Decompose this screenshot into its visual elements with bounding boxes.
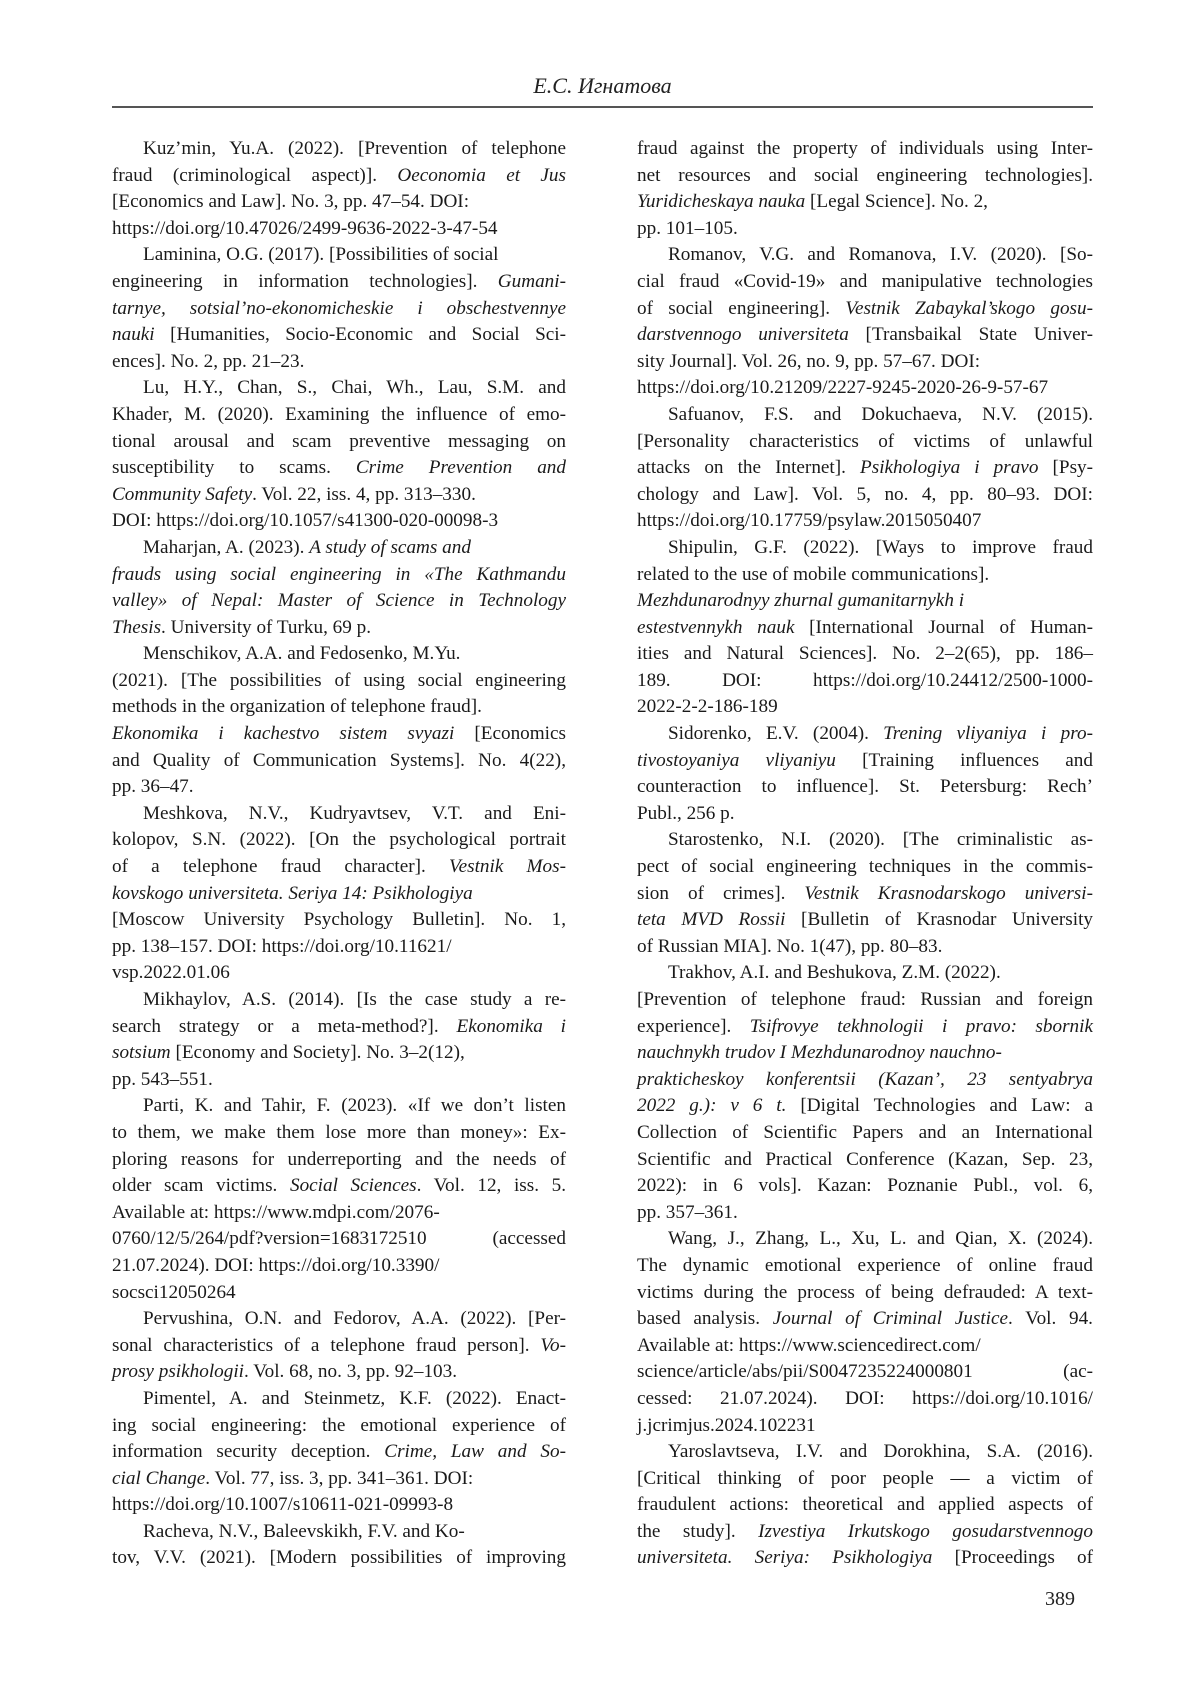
reference-entry-start: Mikhaylov, A.S. (2014). [Is the case stu… — [112, 987, 566, 1014]
reference-line: ing social engineering: the emotional ex… — [112, 1413, 566, 1440]
reference-line: sotsium [Economy and Society]. No. 3–2(1… — [112, 1040, 566, 1067]
reference-line: https://doi.org/10.47026/2499-9636-2022-… — [112, 216, 566, 243]
reference-line: science/article/abs/pii/S004723522400080… — [637, 1359, 1093, 1386]
reference-line: fraudulent actions: theoretical and appl… — [637, 1492, 1093, 1519]
reference-line: and Quality of Communication Systems]. N… — [112, 748, 566, 775]
reference-line: tov, V.V. (2021). [Modern possibilities … — [112, 1545, 566, 1572]
reference-line: [Personality characteristics of victims … — [637, 429, 1093, 456]
reference-entry-start: Kuz’min, Yu.A. (2022). [Prevention of te… — [112, 136, 566, 163]
reference-line: net resources and social engineering tec… — [637, 163, 1093, 190]
reference-line: Available at: https://www.sciencedirect.… — [637, 1333, 1093, 1360]
reference-entry-start: Menschikov, A.A. and Fedosenko, M.Yu. — [112, 641, 566, 668]
reference-line: pp. 357–361. — [637, 1200, 1093, 1227]
reference-line: ploring reasons for underreporting and t… — [112, 1147, 566, 1174]
reference-entry-start: Starostenko, N.I. (2020). [The criminali… — [637, 827, 1093, 854]
reference-line: socsci12050264 — [112, 1280, 566, 1307]
reference-line: information security deception. Crime, L… — [112, 1439, 566, 1466]
reference-line: prosy psikhologii. Vol. 68, no. 3, pp. 9… — [112, 1359, 566, 1386]
reference-entry-start: Pervushina, O.N. and Fedorov, A.A. (2022… — [112, 1306, 566, 1333]
reference-entry-start: Parti, K. and Tahir, F. (2023). «If we d… — [112, 1093, 566, 1120]
reference-line: estestvennykh nauk [International Journa… — [637, 615, 1093, 642]
reference-line: prakticheskoy konferentsii (Kazan’, 23 s… — [637, 1067, 1093, 1094]
references-right-column: fraud against the property of individual… — [637, 136, 1093, 1572]
reference-line: attacks on the Internet]. Psikhologiya i… — [637, 455, 1093, 482]
reference-line: nauchnykh trudov I Mezhdunarodnoy nauchn… — [637, 1040, 1093, 1067]
reference-line: j.jcrimjus.2024.102231 — [637, 1413, 1093, 1440]
reference-line: sion of crimes]. Vestnik Krasnodarskogo … — [637, 881, 1093, 908]
reference-line: Mezhdunarodnyy zhurnal gumanitarnykh i — [637, 588, 1093, 615]
references-left-column: Kuz’min, Yu.A. (2022). [Prevention of te… — [112, 136, 566, 1572]
reference-entry-start: Wang, J., Zhang, L., Xu, L. and Qian, X.… — [637, 1226, 1093, 1253]
reference-line: 2022 g.): v 6 t. [Digital Technologies a… — [637, 1093, 1093, 1120]
reference-line: kolopov, S.N. (2022). [On the psychologi… — [112, 827, 566, 854]
reference-line: https://doi.org/10.1007/s10611-021-09993… — [112, 1492, 566, 1519]
reference-line: the study]. Izvestiya Irkutskogo gosudar… — [637, 1519, 1093, 1546]
reference-line: Community Safety. Vol. 22, iss. 4, pp. 3… — [112, 482, 566, 509]
reference-line: vsp.2022.01.06 — [112, 960, 566, 987]
reference-line: pp. 543–551. — [112, 1067, 566, 1094]
reference-line: susceptibility to scams. Crime Preventio… — [112, 455, 566, 482]
reference-line: https://doi.org/10.17759/psylaw.20150504… — [637, 508, 1093, 535]
reference-line: search strategy or a meta-method?]. Ekon… — [112, 1014, 566, 1041]
reference-line: experience]. Tsifrovye tekhnologii i pra… — [637, 1014, 1093, 1041]
reference-line: [Critical thinking of poor people — a vi… — [637, 1466, 1093, 1493]
reference-entry-start: Shipulin, G.F. (2022). [Ways to improve … — [637, 535, 1093, 562]
reference-entry-start: Meshkova, N.V., Kudryavtsev, V.T. and En… — [112, 801, 566, 828]
reference-line: universiteta. Seriya: Psikhologiya [Proc… — [637, 1545, 1093, 1572]
reference-line: (2021). [The possibilities of using soci… — [112, 668, 566, 695]
reference-line: of social engineering]. Vestnik Zabaykal… — [637, 296, 1093, 323]
reference-line: to them, we make them lose more than mon… — [112, 1120, 566, 1147]
reference-line: engineering in information technologies]… — [112, 269, 566, 296]
reference-entry-start: Safuanov, F.S. and Dokuchaeva, N.V. (201… — [637, 402, 1093, 429]
reference-line: Publ., 256 p. — [637, 801, 1093, 828]
reference-line: cial Change. Vol. 77, iss. 3, pp. 341–36… — [112, 1466, 566, 1493]
reference-line: fraud (criminological aspect)]. Oeconomi… — [112, 163, 566, 190]
reference-line: Available at: https://www.mdpi.com/2076- — [112, 1200, 566, 1227]
reference-line: sity Journal]. Vol. 26, no. 9, pp. 57–67… — [637, 349, 1093, 376]
reference-line: [Economics and Law]. No. 3, pp. 47–54. D… — [112, 189, 566, 216]
reference-line: fraud against the property of individual… — [637, 136, 1093, 163]
reference-entry-start: Maharjan, A. (2023). A study of scams an… — [112, 535, 566, 562]
reference-line: Yuridicheskaya nauka [Legal Science]. No… — [637, 189, 1093, 216]
reference-line: tarnye, sotsial’no-ekonomicheskie i obsc… — [112, 296, 566, 323]
reference-line: of Russian MIA]. No. 1(47), pp. 80–83. — [637, 934, 1093, 961]
reference-line: pp. 138–157. DOI: https://doi.org/10.116… — [112, 934, 566, 961]
reference-line: DOI: https://doi.org/10.1057/s41300-020-… — [112, 508, 566, 535]
reference-entry-start: Racheva, N.V., Baleevskikh, F.V. and Ko- — [112, 1519, 566, 1546]
running-head: Е.С. Игнатова — [112, 72, 1093, 100]
reference-line: 21.07.2024). DOI: https://doi.org/10.339… — [112, 1253, 566, 1280]
reference-line: cial fraud «Covid-19» and manipulative t… — [637, 269, 1093, 296]
reference-line: pp. 36–47. — [112, 774, 566, 801]
reference-entry-start: Sidorenko, E.V. (2004). Trening vliyaniy… — [637, 721, 1093, 748]
reference-line: The dynamic emotional experience of onli… — [637, 1253, 1093, 1280]
reference-entry-start: Yaroslavtseva, I.V. and Dorokhina, S.A. … — [637, 1439, 1093, 1466]
reference-line: tional arousal and scam preventive messa… — [112, 429, 566, 456]
reference-line: darstvennogo universiteta [Transbaikal S… — [637, 322, 1093, 349]
reference-line: ities and Natural Sciences]. No. 2–2(65)… — [637, 641, 1093, 668]
reference-line: older scam victims. Social Sciences. Vol… — [112, 1173, 566, 1200]
reference-line: related to the use of mobile communicati… — [637, 562, 1093, 589]
reference-line: Scientific and Practical Conference (Kaz… — [637, 1147, 1093, 1174]
reference-entry-start: Laminina, O.G. (2017). [Possibilities of… — [112, 242, 566, 269]
reference-line: Khader, M. (2020). Examining the influen… — [112, 402, 566, 429]
reference-line: cessed: 21.07.2024). DOI: https://doi.or… — [637, 1386, 1093, 1413]
reference-entry-start: Pimentel, A. and Steinmetz, K.F. (2022).… — [112, 1386, 566, 1413]
reference-line: of a telephone fraud character]. Vestnik… — [112, 854, 566, 881]
reference-line: https://doi.org/10.21209/2227-9245-2020-… — [637, 375, 1093, 402]
reference-line: ences]. No. 2, pp. 21–23. — [112, 349, 566, 376]
reference-line: [Prevention of telephone fraud: Russian … — [637, 987, 1093, 1014]
reference-line: frauds using social engineering in «The … — [112, 562, 566, 589]
reference-line: methods in the organization of telephone… — [112, 694, 566, 721]
reference-line: 2022): in 6 vols]. Kazan: Poznanie Publ.… — [637, 1173, 1093, 1200]
reference-line: chology and Law]. Vol. 5, no. 4, pp. 80–… — [637, 482, 1093, 509]
reference-line: tivostoyaniya vliyaniyu [Training influe… — [637, 748, 1093, 775]
reference-line: valley» of Nepal: Master of Science in T… — [112, 588, 566, 615]
reference-entry-start: Romanov, V.G. and Romanova, I.V. (2020).… — [637, 242, 1093, 269]
reference-line: nauki [Humanities, Socio-Economic and So… — [112, 322, 566, 349]
reference-line: counteraction to influence]. St. Petersb… — [637, 774, 1093, 801]
reference-line: teta MVD Rossii [Bulletin of Krasnodar U… — [637, 907, 1093, 934]
reference-line: 189. DOI: https://doi.org/10.24412/2500-… — [637, 668, 1093, 695]
reference-line: Ekonomika i kachestvo sistem svyazi [Eco… — [112, 721, 566, 748]
reference-line: pp. 101–105. — [637, 216, 1093, 243]
reference-line: victims during the process of being defr… — [637, 1280, 1093, 1307]
reference-line: 2022-2-2-186-189 — [637, 694, 1093, 721]
reference-line: sonal characteristics of a telephone fra… — [112, 1333, 566, 1360]
reference-line: Collection of Scientific Papers and an I… — [637, 1120, 1093, 1147]
reference-entry-start: Lu, H.Y., Chan, S., Chai, Wh., Lau, S.M.… — [112, 375, 566, 402]
reference-line: pect of social engineering techniques in… — [637, 854, 1093, 881]
reference-line: based analysis. Journal of Criminal Just… — [637, 1306, 1093, 1333]
reference-line: kovskogo universiteta. Seriya 14: Psikho… — [112, 881, 566, 908]
header-rule — [112, 106, 1093, 108]
reference-entry-start: Trakhov, A.I. and Beshukova, Z.M. (2022)… — [637, 960, 1093, 987]
reference-line: 0760/12/5/264/pdf?version=1683172510 (ac… — [112, 1226, 566, 1253]
page-number: 389 — [1045, 1588, 1075, 1611]
reference-line: [Moscow University Psychology Bulletin].… — [112, 907, 566, 934]
reference-line: Thesis. University of Turku, 69 p. — [112, 615, 566, 642]
